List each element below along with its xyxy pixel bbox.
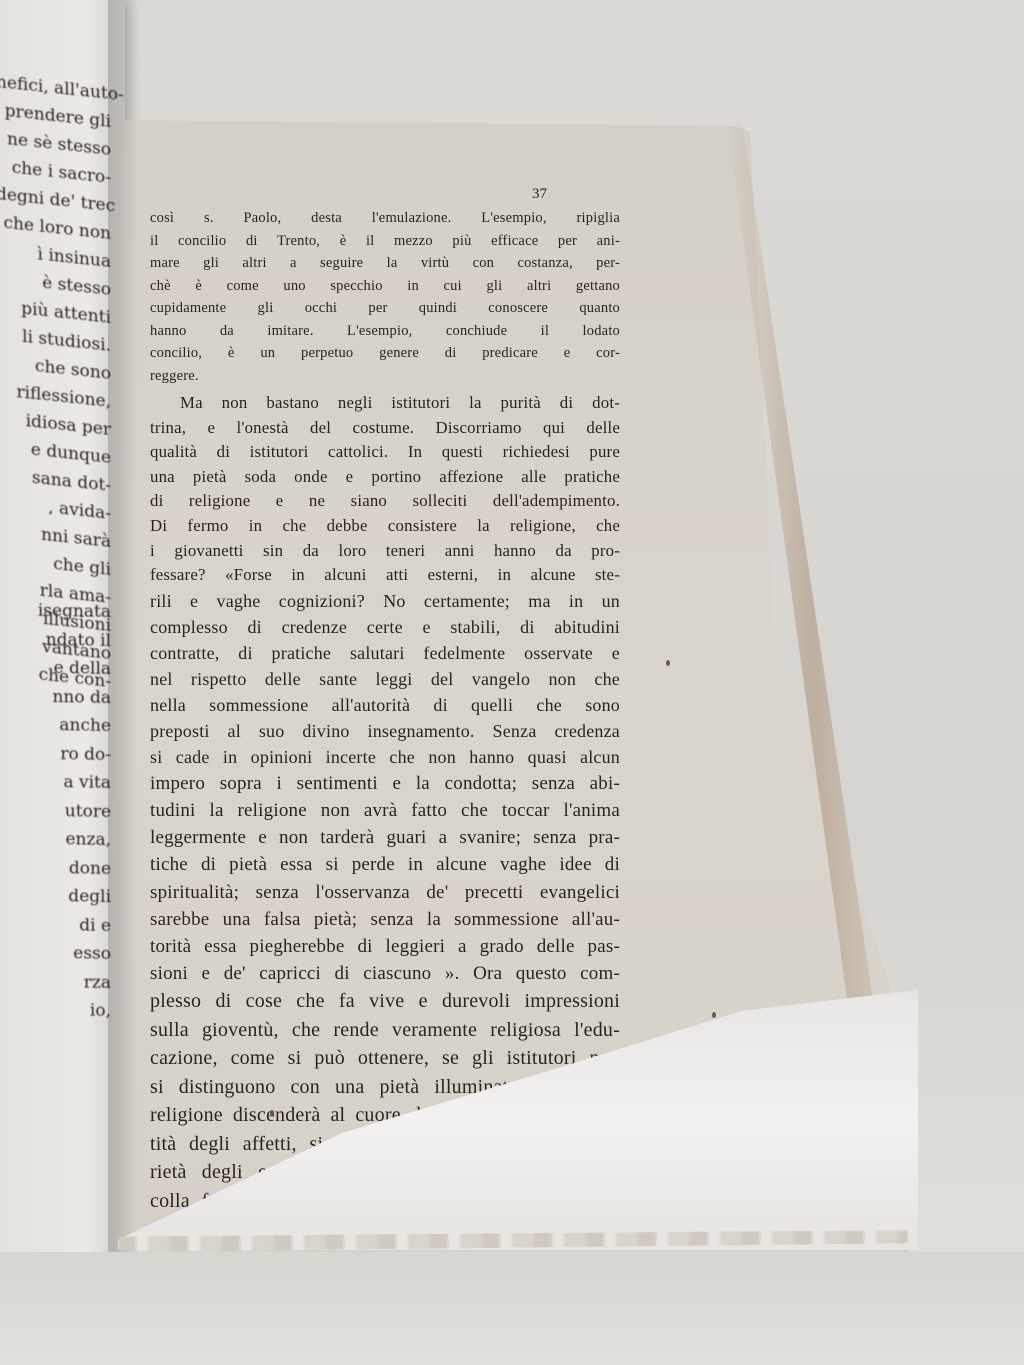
text-line: tiche di pietà essa si perde in alcune v… xyxy=(150,851,620,878)
text-line: cupidamente gli occhi per quindi conosce… xyxy=(150,297,620,320)
left-line: utore xyxy=(0,795,111,826)
text-line: plesso di cose che fa vive e durevoli im… xyxy=(150,987,620,1016)
text-line: nel rispetto delle sante leggi del vange… xyxy=(150,666,620,692)
text-line: cazione, come si può ottenere, se gli is… xyxy=(150,1044,620,1073)
text-line: il concilio di Trento, è il mezzo più ef… xyxy=(150,230,620,253)
left-line: ndato il xyxy=(0,624,111,655)
text-line: complesso di credenze certe e stabili, d… xyxy=(150,614,620,640)
left-line: io, xyxy=(0,995,111,1026)
book-gutter-shadow xyxy=(108,0,138,1365)
left-line: degli xyxy=(0,881,111,912)
left-line: esso xyxy=(0,938,111,969)
text-line: sioni e de' capricci di ciascuno ». Ora … xyxy=(150,960,620,987)
text-line: qualità di istitutori cattolici. In ques… xyxy=(150,440,620,465)
text-line: hanno da imitare. L'esempio, conchiude i… xyxy=(150,320,620,343)
left-line: isegnata xyxy=(0,596,111,627)
text-line: Ma non bastano negli istitutori la purit… xyxy=(150,391,620,416)
text-line: di religione e ne siano solleciti dell'a… xyxy=(150,489,620,514)
left-line: ro do- xyxy=(0,738,111,769)
text-line: trina, e l'onestà del costume. Discorria… xyxy=(150,416,620,441)
page-body-text: così s. Paolo, desta l'emulazione. L'ese… xyxy=(150,185,620,1215)
text-line: preposti al suo divino insegnamento. Sen… xyxy=(150,718,620,744)
table-surface xyxy=(0,1252,1024,1365)
ink-speck xyxy=(666,660,670,666)
left-line: di e xyxy=(0,909,111,940)
text-line: chè è come uno specchio in cui gli altri… xyxy=(150,275,620,298)
left-line: e della xyxy=(0,653,111,684)
text-line: fessare? «Forse in alcuni atti esterni, … xyxy=(150,563,620,588)
text-line: contratte, di pratiche salutari fedelmen… xyxy=(150,640,620,666)
text-line: una pietà soda onde e portino affezione … xyxy=(150,465,620,490)
text-line: tudini la religione non avrà fatto che t… xyxy=(150,797,620,824)
text-line: concilio, è un perpetuo genere di predic… xyxy=(150,342,620,365)
text-line: reggere. xyxy=(150,365,620,388)
text-line: spiritualità; senza l'osservanza de' pre… xyxy=(150,879,620,906)
text-line: si cade in opinioni incerte che non hann… xyxy=(150,744,620,770)
left-line: anche xyxy=(0,710,111,741)
text-line: così s. Paolo, desta l'emulazione. L'ese… xyxy=(150,207,620,230)
left-line: nno da xyxy=(0,681,111,712)
left-page-text-lower: isegnata ndato il e della nno da anche r… xyxy=(0,596,111,1026)
left-line: done xyxy=(0,852,111,883)
text-line: mare gli altri a seguire la virtù con co… xyxy=(150,252,620,275)
ink-speck xyxy=(712,1012,716,1018)
left-line: a vita xyxy=(0,767,111,798)
left-line: rza xyxy=(0,966,111,997)
left-line: enza, xyxy=(0,824,111,855)
text-line: leggermente e non tarderà guari a svanir… xyxy=(150,824,620,851)
text-line: impero sopra i sentimenti e la condotta;… xyxy=(150,770,620,797)
left-facing-page: nefici, all'auto- prendere gli ne sè ste… xyxy=(0,0,125,1365)
text-line: i giovanetti sin da loro teneri anni han… xyxy=(150,539,620,564)
text-line: torità essa piegherebbe di leggieri a gr… xyxy=(150,933,620,960)
text-line: sarebbe una falsa pietà; senza la sommes… xyxy=(150,906,620,933)
paragraph-1: così s. Paolo, desta l'emulazione. L'ese… xyxy=(150,207,620,387)
ink-speck xyxy=(270,1110,274,1116)
text-line: sulla gioventù, che rende veramente reli… xyxy=(150,1016,620,1045)
text-line: nella sommessione all'autorità di quelli… xyxy=(150,692,620,718)
text-line: Di fermo in che debbe consistere la reli… xyxy=(150,514,620,539)
text-line: rili e vaghe cognizioni? No certamente; … xyxy=(150,588,620,614)
